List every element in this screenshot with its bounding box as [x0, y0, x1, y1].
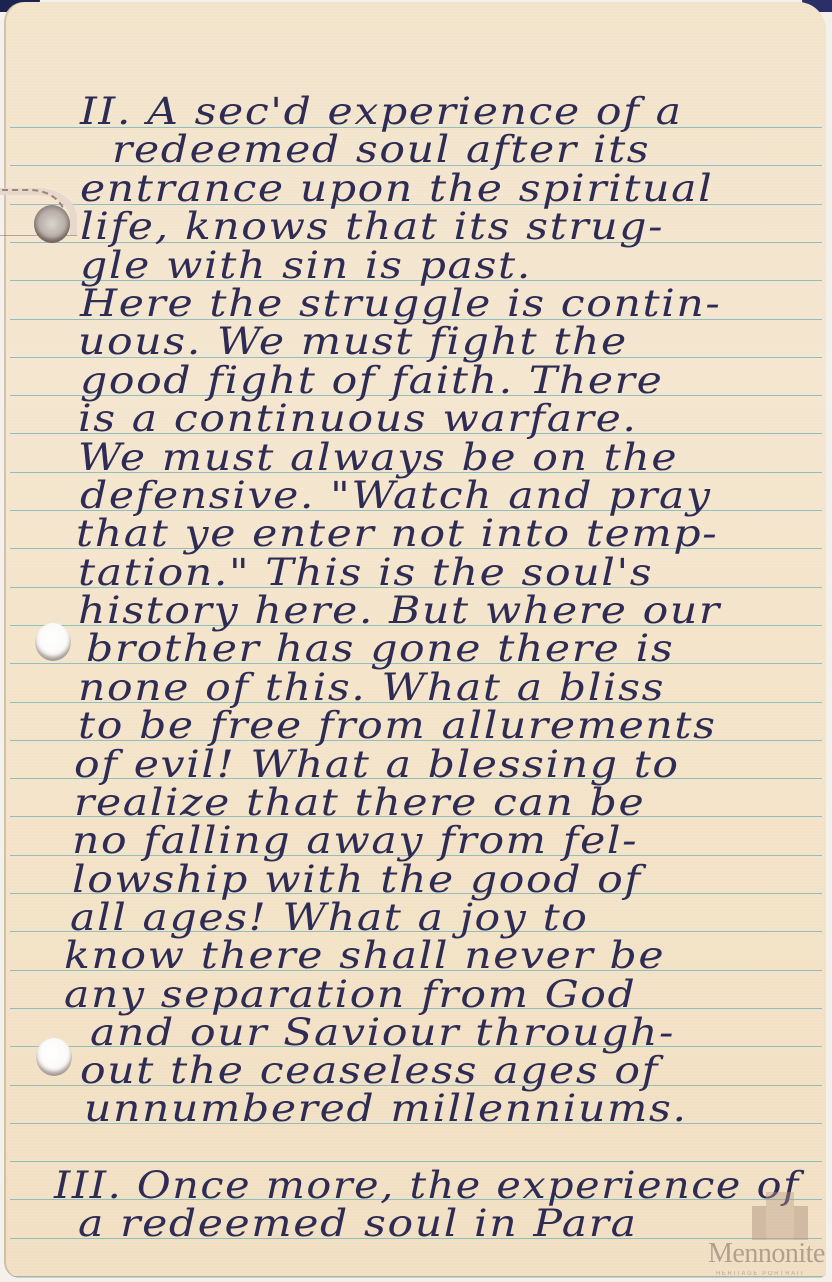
- handwritten-line: know there shall never be: [64, 937, 665, 975]
- handwritten-line: a redeemed soul in Para: [78, 1205, 638, 1243]
- watermark: Mennonite HERITAGE PORTRAIT: [708, 1182, 828, 1282]
- ruled-line: [10, 1276, 822, 1277]
- watermark-subtitle: HERITAGE PORTRAIT: [716, 1271, 831, 1277]
- handwritten-line: to be free from allurements: [78, 707, 717, 745]
- handwritten-line: is a continuous warfare.: [78, 400, 638, 438]
- punch-hole-top-icon: [34, 205, 70, 243]
- handwritten-line: Here the struggle is contin-: [80, 285, 721, 323]
- handwritten-line: that ye enter not into temp-: [76, 515, 718, 553]
- handwritten-line: all ages! What a joy to: [70, 899, 589, 937]
- handwritten-line: III. Once more, the experience of: [54, 1167, 800, 1205]
- handwritten-line: life, knows that its strug-: [80, 208, 664, 246]
- punch-hole-middle-icon: [35, 623, 71, 661]
- handwritten-line: lowship with the good of: [72, 861, 642, 899]
- punch-hole-bottom-icon: [36, 1038, 72, 1076]
- handwritten-line: defensive. "Watch and pray: [80, 477, 712, 515]
- handwritten-line: any separation from God: [64, 976, 636, 1014]
- handwritten-line: gle with sin is past.: [80, 247, 532, 285]
- handwritten-line: history here. But where our: [78, 592, 721, 630]
- handwritten-line: good fight of faith. There: [80, 362, 663, 400]
- watermark-title: Mennonite: [708, 1238, 830, 1270]
- watermark-logo-icon: [752, 1192, 808, 1240]
- handwritten-line: tation." This is the soul's: [78, 554, 653, 592]
- handwritten-line: and our Saviour through-: [90, 1014, 675, 1052]
- handwritten-line: uous. We must fight the: [78, 323, 628, 361]
- handwritten-line: II. A sec'd experience of a: [80, 93, 683, 131]
- handwritten-line: unnumbered millenniums.: [84, 1090, 688, 1128]
- handwritten-line: no falling away from fel-: [72, 822, 638, 860]
- handwritten-line: redeemed soul after its: [112, 131, 650, 169]
- ruled-line: [10, 1161, 822, 1162]
- handwritten-line: of evil! What a blessing to: [74, 746, 680, 784]
- handwritten-line: none of this. What a bliss: [78, 669, 665, 707]
- handwritten-line: realize that there can be: [74, 784, 645, 822]
- handwritten-line: out the ceaseless ages of: [80, 1052, 659, 1090]
- handwritten-line: brother has gone there is: [86, 630, 674, 668]
- handwritten-line: entrance upon the spiritual: [80, 170, 713, 208]
- note-card: II. A sec'd experience of aredeemed soul…: [4, 2, 826, 1278]
- handwritten-line: We must always be on the: [78, 439, 678, 477]
